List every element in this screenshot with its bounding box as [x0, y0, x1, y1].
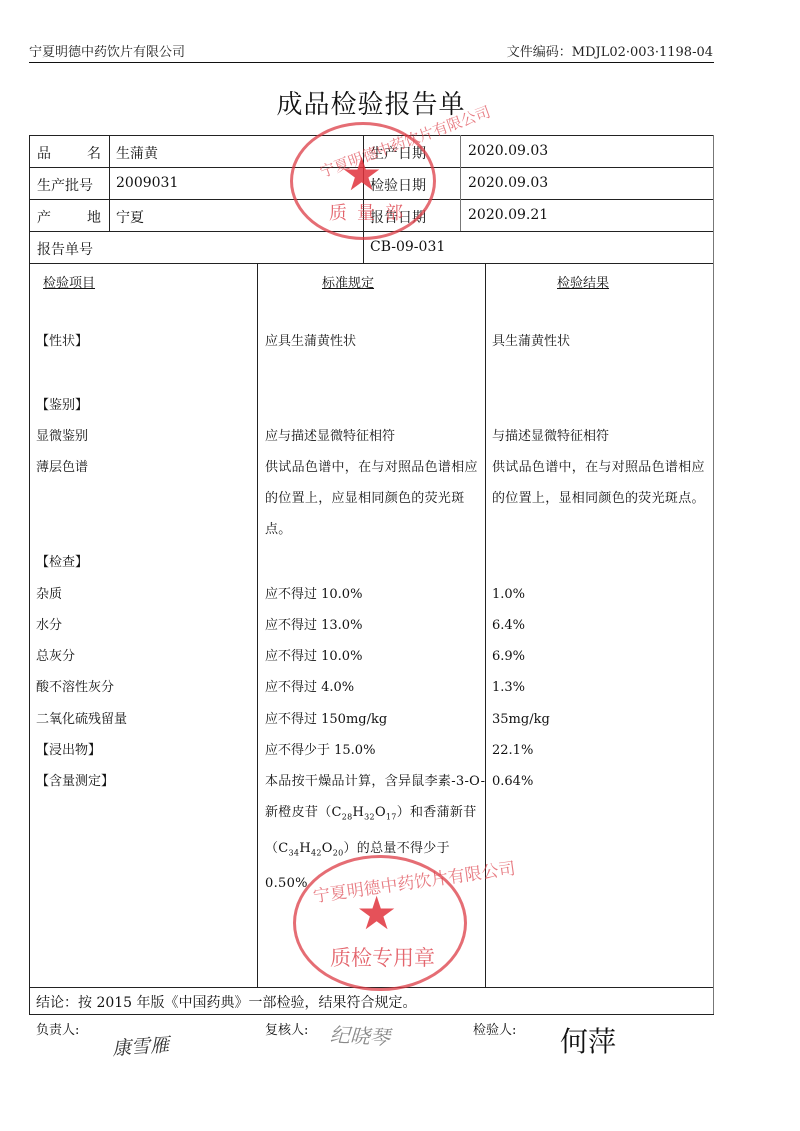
company-name: 宁夏明德中药饮片有限公司 — [29, 41, 185, 60]
result-tlc: 供试品色谱中，在与对照品色谱相应的位置上，显相同颜色的荧光斑点。 — [492, 452, 714, 514]
column-header-item: 检验项目 — [43, 272, 95, 291]
standard-so2: 应不得过 150mg/kg — [265, 712, 387, 728]
table-border-left — [29, 135, 30, 1014]
col-divider — [109, 135, 110, 231]
subscript: 17 — [386, 813, 397, 822]
subscript: 28 — [342, 813, 353, 822]
production-date: 2020.09.03 — [468, 143, 548, 159]
subscript: 34 — [289, 848, 300, 857]
conclusion: 结论：按 2015 年版《中国药典》一部检验，结果符合规定。 — [36, 992, 417, 1012]
row-divider — [29, 263, 714, 264]
item-microscopy: 显微鉴别 — [36, 429, 88, 445]
label-char: 品 — [37, 143, 51, 163]
item-tlc: 薄层色谱 — [36, 460, 88, 476]
assay-text: O — [322, 841, 333, 856]
col-divider — [460, 135, 461, 231]
seal-center-text: 质检专用章 — [330, 942, 435, 972]
responsible-label: 负责人: — [36, 1019, 79, 1038]
assay-text: H — [299, 841, 311, 856]
table-border-right — [713, 135, 714, 1014]
origin: 宁夏 — [116, 207, 144, 227]
reviewer-signature: 纪晓琴 — [329, 1018, 390, 1050]
col-divider — [257, 263, 258, 987]
standard-total-ash: 应不得过 10.0% — [265, 649, 362, 665]
page-title: 成品检验报告单 — [0, 84, 742, 121]
standard-impurity: 应不得过 10.0% — [265, 587, 362, 603]
result-assay: 0.64% — [492, 774, 533, 790]
assay-text: O — [375, 805, 386, 820]
subscript: 20 — [333, 848, 344, 857]
batch-label: 生产批号 — [37, 175, 93, 195]
item-assay: 【含量测定】 — [36, 774, 114, 790]
star-icon: ★ — [341, 151, 382, 197]
result-total-ash: 6.9% — [492, 649, 525, 665]
item-extract: 【浸出物】 — [36, 743, 101, 759]
origin-label: 产 地 — [37, 207, 101, 227]
standard-extract: 应不得少于 15.0% — [265, 743, 375, 759]
product-name-label: 品 名 — [37, 143, 101, 163]
star-icon: ★ — [356, 890, 397, 936]
responsible-signature: 康雪雁 — [111, 1030, 170, 1061]
result-extract: 22.1% — [492, 743, 533, 759]
subscript: 42 — [311, 848, 322, 857]
result-acid-ash: 1.3% — [492, 680, 525, 696]
column-header-result: 检验结果 — [557, 272, 609, 291]
item-total-ash: 总灰分 — [36, 649, 75, 665]
result-microscopy: 与描述显微特征相符 — [492, 429, 609, 445]
column-header-standard: 标准规定 — [322, 272, 374, 291]
standard-microscopy: 应与描述显微特征相符 — [265, 429, 395, 445]
item-impurity: 杂质 — [36, 587, 62, 603]
label-char: 产 — [37, 207, 51, 227]
inspection-date: 2020.09.03 — [468, 175, 548, 191]
standard-character: 应具生蒲黄性状 — [265, 334, 356, 350]
quality-inspection-seal: 宁夏明德中药饮片有限公司 ★ 质检专用章 — [293, 855, 467, 991]
standard-moisture: 应不得过 13.0% — [265, 618, 362, 634]
result-impurity: 1.0% — [492, 587, 525, 603]
reviewer-label: 复核人: — [265, 1019, 308, 1038]
header-divider — [29, 62, 714, 63]
label-char: 地 — [87, 207, 101, 227]
document-code: 文件编码：MDJL02·003·1198-04 — [507, 41, 713, 60]
report-number-label: 报告单号 — [37, 239, 93, 259]
assay-text: H — [353, 805, 365, 820]
report-number: CB-09-031 — [370, 239, 445, 255]
item-inspection: 【检查】 — [36, 555, 88, 571]
standard-acid-ash: 应不得过 4.0% — [265, 680, 354, 696]
item-character: 【性状】 — [36, 334, 88, 350]
result-character: 具生蒲黄性状 — [492, 334, 570, 350]
standard-tlc: 供试品色谱中，在与对照品色谱相应的位置上，应显相同颜色的荧光斑点。 — [265, 452, 487, 545]
result-moisture: 6.4% — [492, 618, 525, 634]
product-name: 生蒲黄 — [116, 143, 158, 163]
item-so2: 二氧化硫残留量 — [36, 712, 127, 728]
result-so2: 35mg/kg — [492, 712, 550, 728]
inspector-label: 检验人: — [473, 1019, 516, 1038]
report-date: 2020.09.21 — [468, 207, 548, 223]
seal-center-text: 质量部 — [329, 199, 413, 225]
batch-number: 2009031 — [116, 175, 178, 191]
table-border-bottom — [29, 1014, 714, 1015]
label-char: 名 — [87, 143, 101, 163]
item-identification: 【鉴别】 — [36, 398, 88, 414]
subscript: 32 — [364, 813, 375, 822]
item-acid-ash: 酸不溶性灰分 — [36, 680, 114, 696]
quality-dept-seal: 宁夏明德中药饮片有限公司 ★ 质量部 — [290, 122, 436, 240]
inspector-signature: 何萍 — [560, 1020, 616, 1060]
item-moisture: 水分 — [36, 618, 62, 634]
